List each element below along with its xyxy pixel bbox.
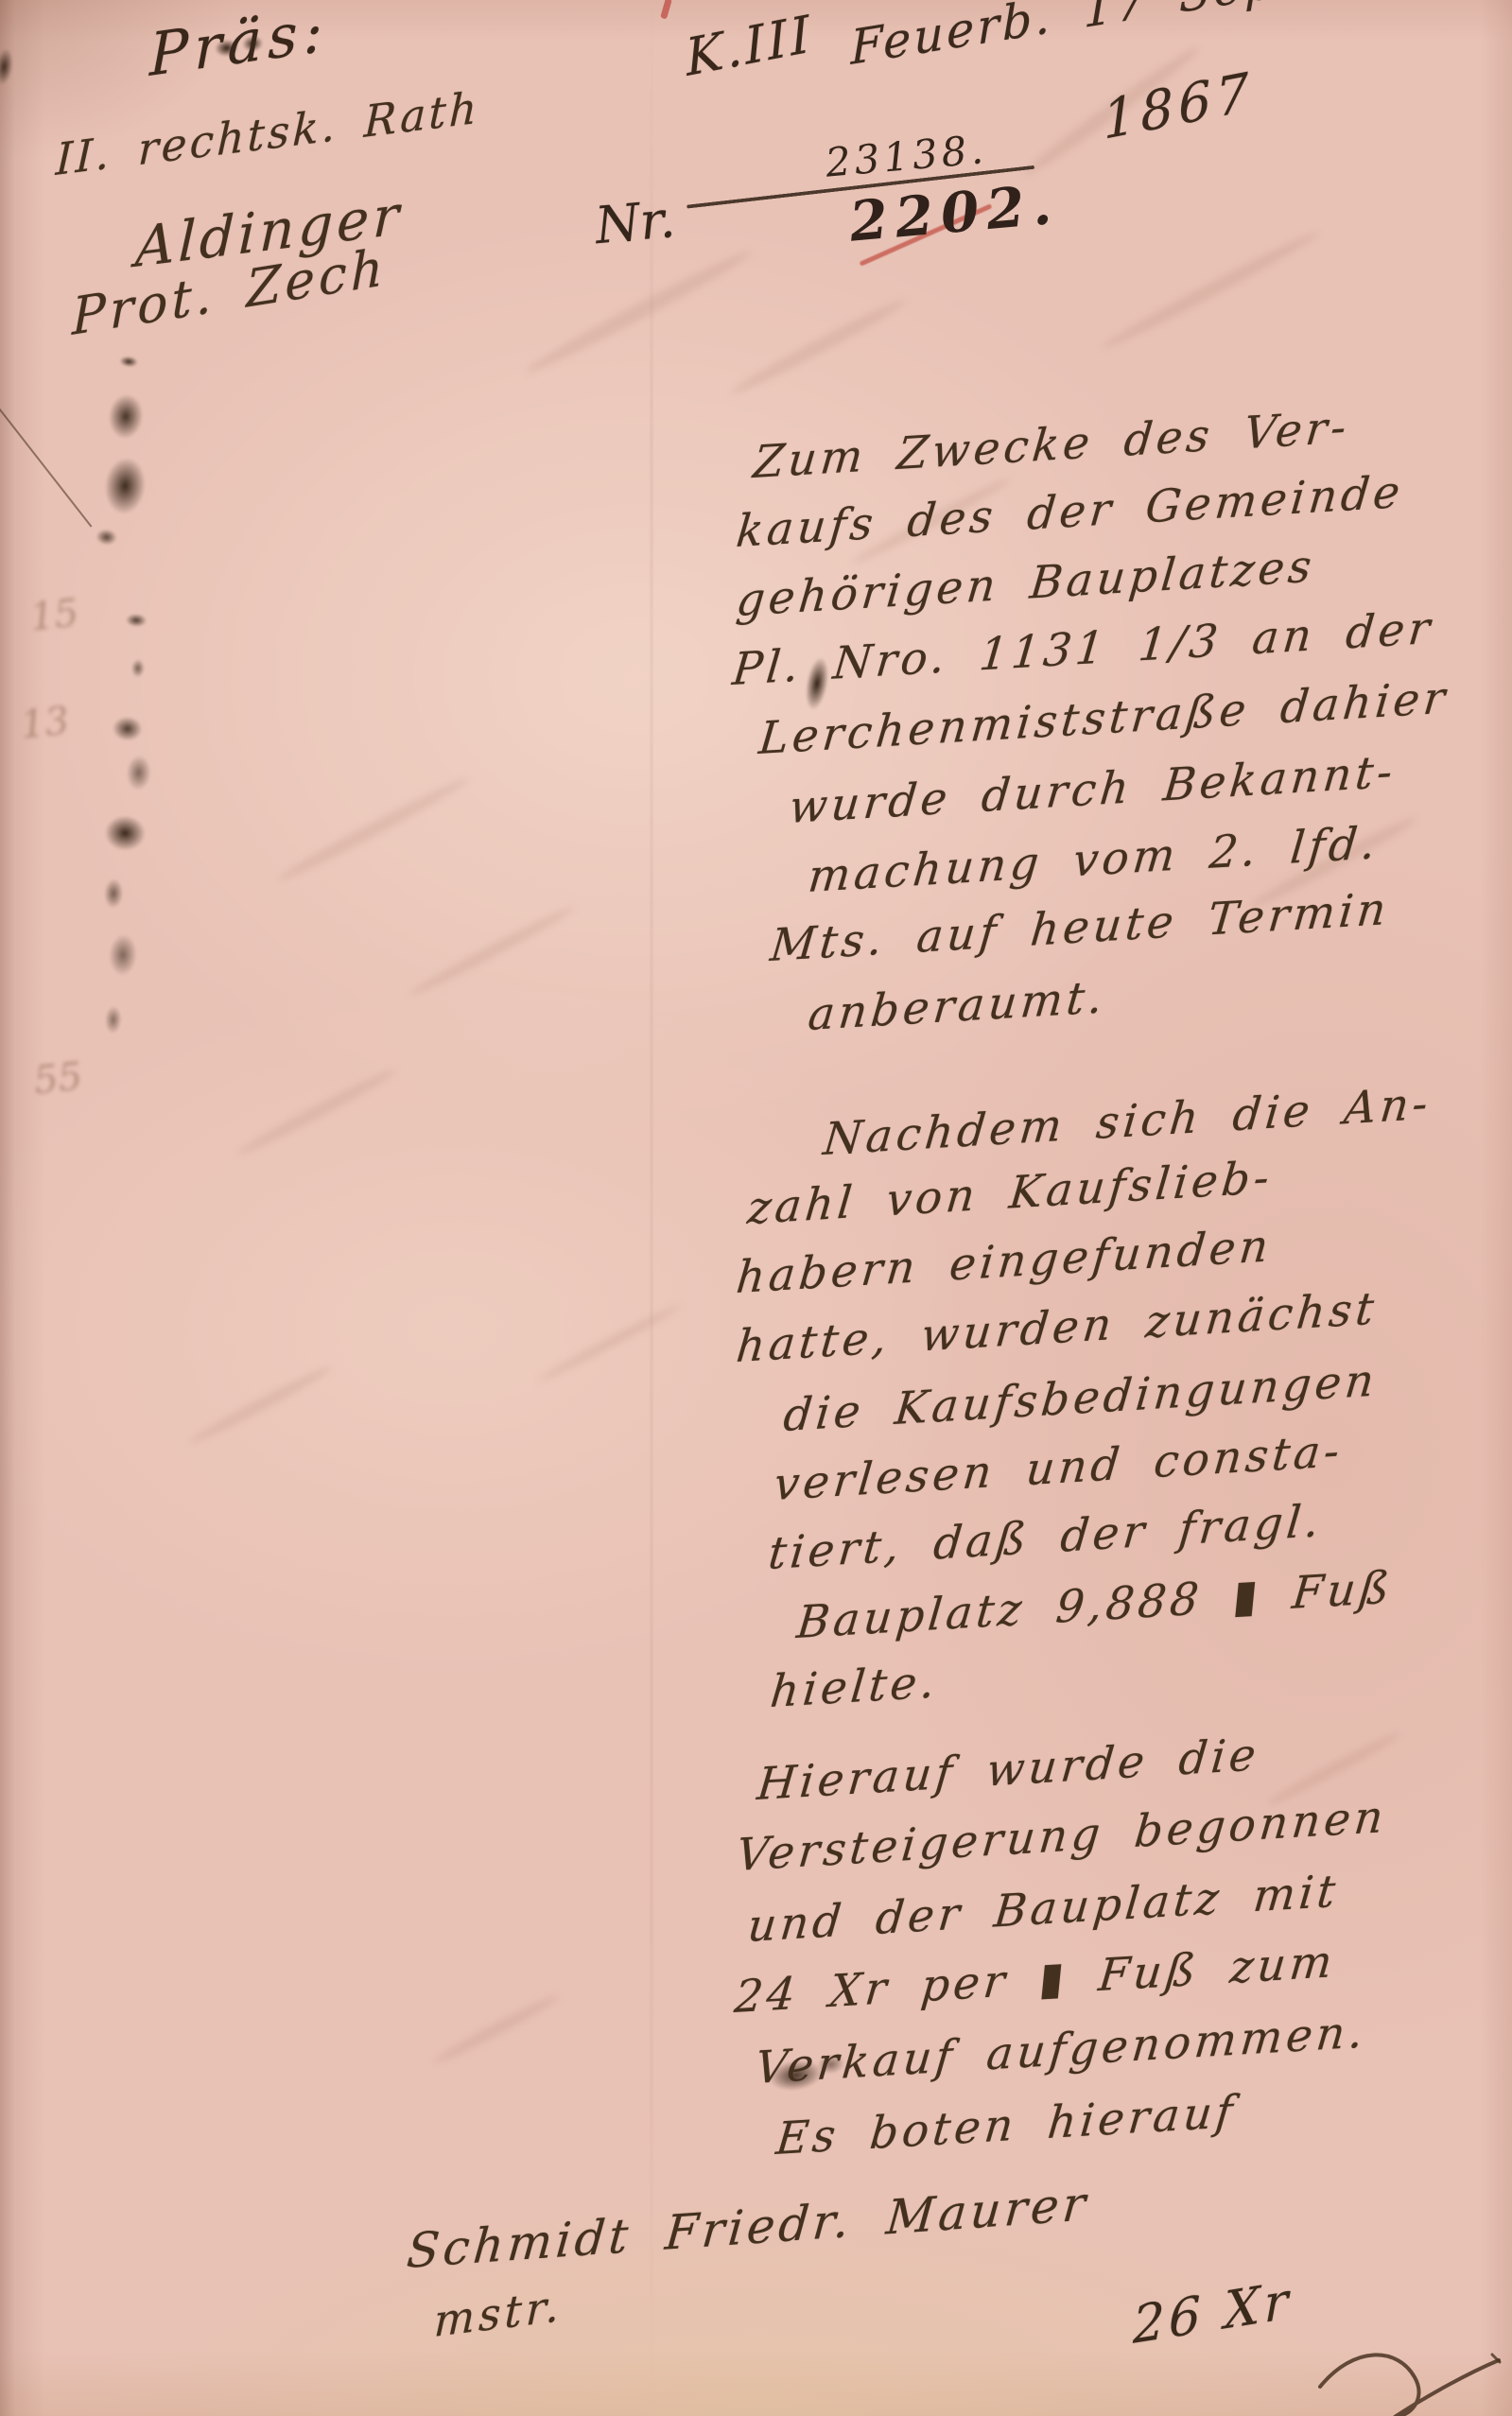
document-number-group: Nr. 23138. 2202.	[590, 120, 1062, 276]
paper-crease	[651, 0, 652, 2416]
bidder-title: mstr.	[433, 2280, 564, 2347]
bleed-through-digit: 13	[19, 699, 71, 747]
paragraph-conditions: Nachdem sich die An- zahl von Kaufslieb-…	[736, 1114, 1432, 1735]
ink-smudge-upper	[69, 347, 184, 559]
manuscript-page: 15 13 55 Präs: K.III Feuerb. 17 Septbr 1…	[0, 0, 1512, 2416]
bleed-through-stroke	[727, 295, 909, 400]
bleed-through-stroke	[274, 773, 473, 886]
praes-annotation: Präs:	[149, 0, 328, 90]
paragraph-auction: Hierauf wurde die Versteigerung begonnen…	[736, 1759, 1387, 2184]
place-and-date: Feuerb. 17 Septbr	[850, 0, 1357, 76]
page-edge-ink-spot	[0, 38, 23, 96]
ink-smudge-lower	[64, 604, 191, 1044]
year: 1867	[1102, 61, 1256, 152]
bid-amount: 26 Xr	[1133, 2270, 1292, 2355]
section-mark: K.III	[683, 4, 815, 88]
bleed-through-digit: 15	[28, 591, 80, 639]
bleed-through-stroke	[431, 1990, 562, 2067]
pen-flourish	[1316, 2328, 1505, 2416]
bidder-name: Schmidt Friedr. Maurer	[405, 2176, 1091, 2279]
bleed-through-digit: 55	[32, 1054, 84, 1103]
paragraph-announcement: Zum Zwecke des Ver- kaufs des der Gemein…	[736, 437, 1449, 1058]
margin-official-title: II. rechtsk. Rath	[55, 81, 480, 185]
bleed-through-stroke	[186, 1363, 334, 1448]
nr-label: Nr.	[593, 189, 677, 255]
bleed-through-stroke	[1099, 227, 1322, 354]
nr-fraction: 23138. 2202.	[682, 120, 1061, 269]
red-pencil-tick	[660, 0, 672, 20]
bleed-through-stroke	[406, 902, 578, 1000]
bleed-through-stroke	[537, 1301, 684, 1385]
bleed-through-stroke	[235, 1065, 398, 1159]
